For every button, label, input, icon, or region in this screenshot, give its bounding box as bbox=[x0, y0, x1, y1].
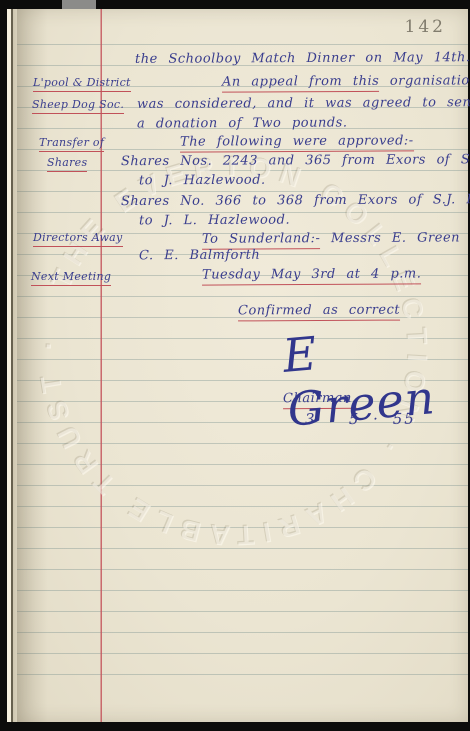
handwritten-line: Shares Nos. 2243 and 365 from Exors of S… bbox=[121, 151, 470, 171]
handwritten-line: Shares No. 366 to 368 from Exors of S.J.… bbox=[121, 191, 470, 211]
handwritten-text: organisation bbox=[379, 73, 470, 89]
handwritten-text: Shares No. 366 to 368 from Exors of S.J.… bbox=[121, 192, 470, 209]
handwritten-line: The following were approved:- bbox=[180, 132, 414, 151]
handwritten-line: a donation of Two pounds. bbox=[137, 114, 348, 133]
margin-note: L'pool & District bbox=[33, 75, 131, 92]
chairman-signature: E Green bbox=[281, 313, 470, 437]
margin-note: Transfer of bbox=[39, 135, 104, 152]
handwritten-text: the Schoolboy Match Dinner on May 14th. bbox=[135, 50, 470, 67]
handwritten-line: to J. Hazlewood. bbox=[139, 172, 266, 191]
margin-note: Directors Away bbox=[33, 230, 123, 247]
handwritten-text: was considered, and it was agreed to sen… bbox=[137, 95, 470, 112]
binding-label bbox=[62, 0, 96, 9]
handwritten-line: C. E. Balmforth bbox=[139, 247, 260, 266]
handwritten-text: Shares Nos. 2243 and 365 from Exors of S… bbox=[121, 152, 470, 169]
handwritten-text: to J. L. Hazlewood. bbox=[139, 213, 290, 229]
handwritten-text: to J. Hazlewood. bbox=[139, 173, 266, 189]
margin-note: Next Meeting bbox=[31, 269, 111, 286]
red-underlined-text: An appeal from this bbox=[222, 74, 379, 93]
handwritten-line: Tuesday May 3rd at 4 p.m. bbox=[202, 265, 421, 284]
handwritten-text: a donation of Two pounds. bbox=[137, 115, 348, 131]
red-underlined-text: The following were approved:- bbox=[180, 133, 414, 152]
red-underlined-text: Confirmed as correct bbox=[238, 303, 400, 322]
handwritten-line: Confirmed as correct bbox=[238, 302, 400, 321]
minute-book-scan: THE EVERTON COLLECTION · CHARITABLE TRUS… bbox=[0, 0, 470, 731]
handwritten-text: Messrs E. Green and bbox=[320, 230, 470, 246]
red-margin-line bbox=[100, 9, 102, 722]
ledger-page: THE EVERTON COLLECTION · CHARITABLE TRUS… bbox=[17, 9, 468, 722]
page-number: 142 bbox=[405, 17, 446, 37]
handwritten-line: was considered, and it was agreed to sen… bbox=[137, 94, 470, 114]
margin-note: Shares bbox=[47, 155, 87, 172]
handwritten-line: An appeal from this organisation bbox=[222, 72, 470, 91]
page-fore-edge bbox=[7, 9, 17, 722]
gutter-shadow bbox=[17, 9, 51, 722]
margin-note: Sheep Dog Soc. bbox=[32, 97, 124, 114]
handwritten-line: to J. L. Hazlewood. bbox=[139, 212, 290, 231]
handwritten-text: C. E. Balmforth bbox=[139, 248, 260, 264]
red-underlined-text: Tuesday May 3rd at 4 p.m. bbox=[202, 266, 421, 285]
handwritten-line: the Schoolboy Match Dinner on May 14th. bbox=[135, 49, 470, 69]
